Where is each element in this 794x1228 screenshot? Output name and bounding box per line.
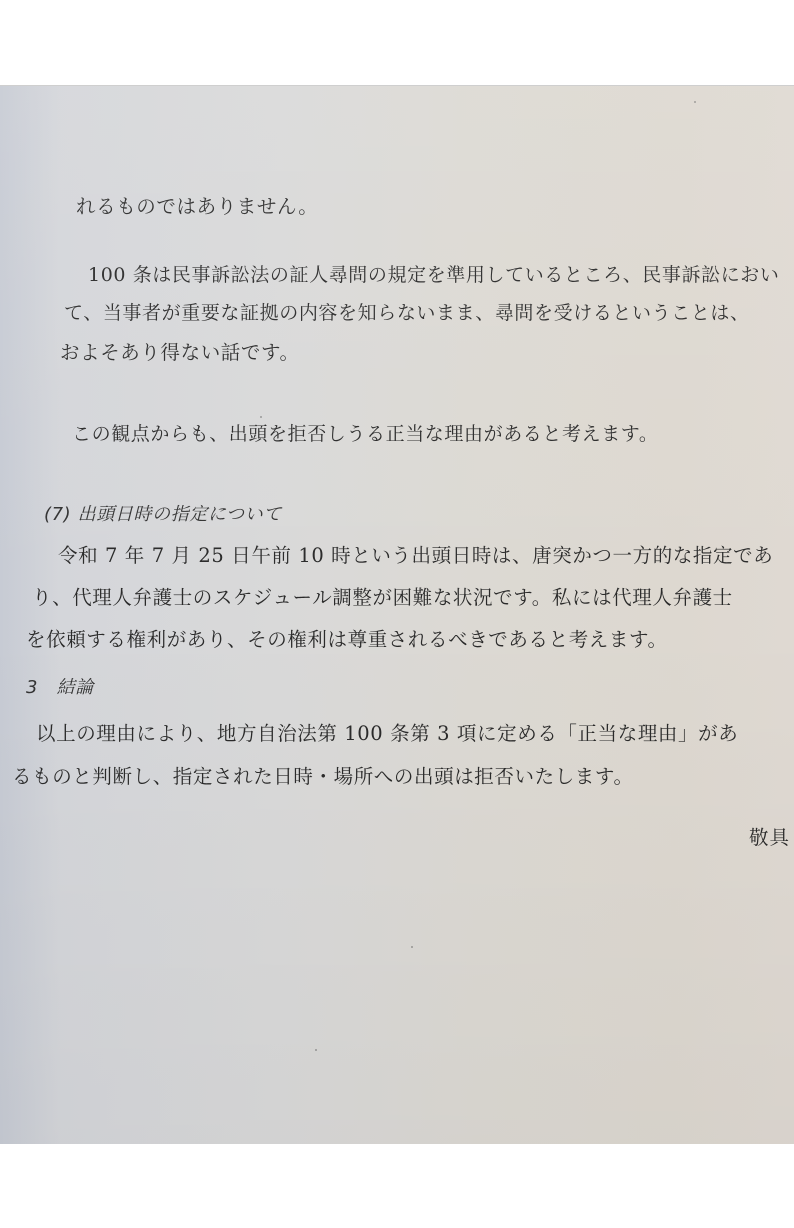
section-7-line: を依頼する権利があり、その権利は尊重されるべきであると考えます。	[26, 630, 668, 650]
section-heading-3: 3 結論	[26, 679, 94, 697]
section-7-line: り、代理人弁護士のスケジュール調整が困難な状況です。私には代理人弁護士	[32, 588, 733, 608]
paragraph-line: て、当事者が重要な証拠の内容を知らないまま、尋問を受けるということは、	[64, 304, 750, 323]
paragraph-line: およそあり得ない話です。	[60, 343, 300, 363]
closing-salutation: 敬具	[749, 822, 790, 850]
paper-speck	[411, 946, 413, 948]
paragraph-line: この観点からも、出頭を拒否しうる正当な理由があると考えます。	[72, 425, 658, 444]
section-3-line: 以上の理由により、地方自治法第 100 条第 3 項に定める「正当な理由」があ	[36, 724, 738, 744]
section-heading-7: (7) 出頭日時の指定について	[44, 506, 282, 524]
document-page: れるものではありません。 100 条は民事訴訟法の証人尋問の規定を準用していると…	[0, 85, 794, 1144]
paragraph-line: 100 条は民事訴訟法の証人尋問の規定を準用しているところ、民事訴訟におい	[88, 266, 780, 285]
paragraph-line: れるものではありません。	[76, 197, 318, 217]
section-3-line: るものと判断し、指定された日時・場所への出頭は拒否いたします。	[12, 767, 634, 787]
paper-speck	[315, 1049, 317, 1051]
section-7-line: 令和 7 年 7 月 25 日午前 10 時という出頭日時は、唐突かつ一方的な指…	[58, 546, 773, 566]
paper-speck	[260, 416, 262, 418]
paper-speck	[694, 101, 696, 103]
